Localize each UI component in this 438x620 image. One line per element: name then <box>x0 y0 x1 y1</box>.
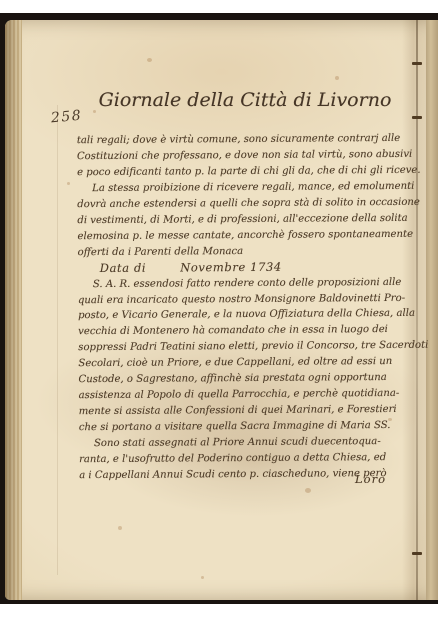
manuscript-photo: 258 Giornale della Città di Livorno tali… <box>0 13 438 604</box>
binding-stitch <box>412 116 422 119</box>
body-text: tali regali; dove è virtù comune, sono s… <box>77 131 415 484</box>
manuscript-page: 258 Giornale della Città di Livorno tali… <box>5 20 438 600</box>
foxing-spot <box>201 576 204 579</box>
adjacent-page-edge <box>426 20 438 600</box>
margin-crease <box>57 105 58 575</box>
foxing-spot <box>118 526 122 530</box>
gutter-fold-line <box>416 20 418 600</box>
page-title: Giornale della Città di Livorno <box>85 89 405 111</box>
foxing-spot <box>335 76 339 80</box>
foxing-spot <box>147 58 152 62</box>
foxing-spot <box>305 488 311 493</box>
manuscript-line: elemosina p. le messe cantate, ancorchè … <box>77 227 413 245</box>
catchword: Loro <box>355 472 386 486</box>
manuscript-line: S. A. R. essendosi fatto rendere conto d… <box>78 274 414 292</box>
page-number: 258 <box>50 108 83 127</box>
screenshot-canvas: 258 Giornale della Città di Livorno tali… <box>0 0 438 620</box>
binding-stitch <box>412 62 422 65</box>
book-page-edges <box>5 20 22 600</box>
binding-stitch <box>412 552 422 555</box>
foxing-spot <box>67 182 70 185</box>
manuscript-line: di vestimenti, di Morti, e di profession… <box>77 211 413 229</box>
